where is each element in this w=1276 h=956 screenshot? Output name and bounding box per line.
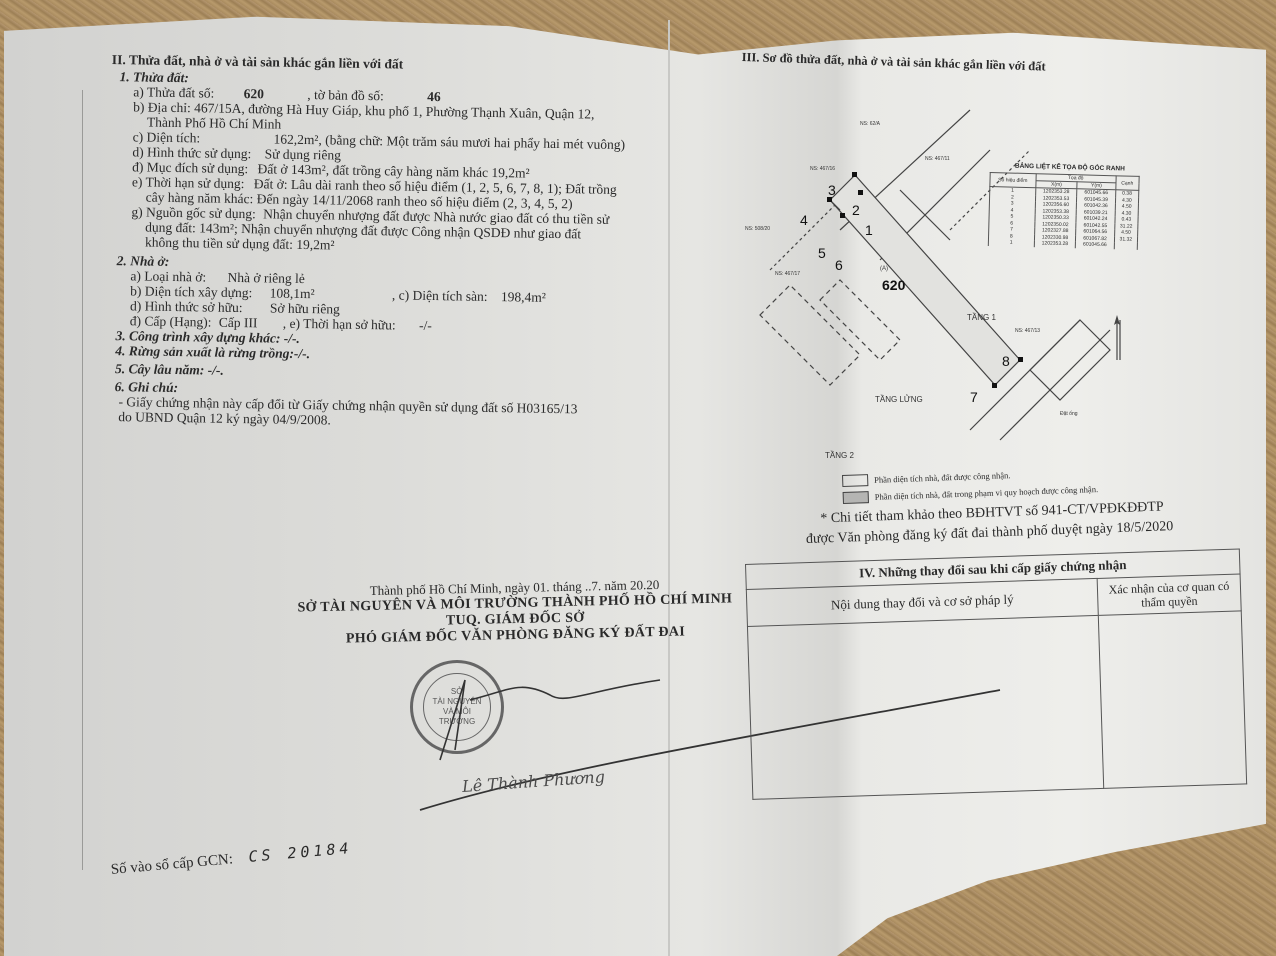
house-type-value: Nhà ở riêng lẻ	[227, 270, 304, 286]
point-6: 6	[835, 257, 843, 273]
boundary-coordinate-table: BẢNG LIỆT KÊ TỌA ĐỘ GÓC RANH Số hiệu điể…	[988, 162, 1150, 250]
use-form-value: Sử dụng riêng	[265, 146, 342, 162]
build-area-value: 108,1m²	[270, 286, 315, 302]
address-label: b) Địa chỉ:	[133, 99, 191, 115]
legend-swatch-empty	[842, 474, 868, 487]
point-5: 5	[818, 245, 826, 261]
grade-value: Cấp III	[219, 315, 258, 331]
margin-line	[82, 90, 83, 870]
label-pipe: Đặt ống	[1060, 411, 1078, 417]
col-authority-confirmation: Xác nhận của cơ quan có thẩm quyền	[1097, 574, 1241, 615]
point-1: 1	[865, 222, 873, 238]
label-area-a: (A)	[880, 266, 888, 272]
label-ns-467-16: NS: 467/16	[810, 166, 835, 172]
point-3: 3	[828, 182, 836, 198]
label-floor1: TẦNG 1	[967, 312, 996, 322]
label-mezzanine: TẦNG LỬNG	[875, 394, 923, 404]
label-ns-467-17: NS: 467/17	[775, 271, 800, 277]
coord-table: Số hiệu điểm Tọa độ Cạnh X(m) Y(m) 11202…	[988, 172, 1140, 249]
point-8: 8	[1002, 353, 1010, 369]
parcel-label: a) Thửa đất số:	[133, 84, 214, 100]
label-ns-508-20: NS: 508/20	[745, 226, 770, 232]
label-floor2: TẦNG 2	[825, 450, 854, 460]
coord-cell-edge	[1114, 242, 1138, 249]
floor-area-value: 198,4m²	[501, 289, 546, 305]
change-content-cell	[747, 615, 1103, 799]
confirmation-cell	[1098, 611, 1246, 788]
label-ns-467-11: NS: 467/11	[925, 156, 950, 162]
label-ns-62a: NS: 62/A	[860, 121, 881, 127]
section-4-changes: IV. Những thay đổi sau khi cấp giấy chứn…	[745, 548, 1247, 799]
house-type-label: a) Loại nhà ở:	[130, 268, 206, 284]
grade-label: đ) Cấp (Hạng):	[130, 313, 212, 329]
map-sheet-number: 46	[427, 89, 441, 104]
col-point: Số hiệu điểm	[990, 173, 1036, 188]
term-label: e) Thời hạn sử dụng:	[132, 174, 245, 191]
parcel-number: 620	[244, 86, 264, 101]
own-term-value: -/-	[419, 318, 432, 333]
changes-table: IV. Những thay đổi sau khi cấp giấy chứn…	[745, 548, 1247, 799]
legend-swatch-filled	[843, 491, 869, 504]
coord-cell-x: 1202353.28	[1034, 240, 1076, 248]
map-sheet-label: , tờ bản đồ số:	[307, 87, 384, 103]
area-label: c) Diện tích:	[133, 129, 201, 145]
point-4: 4	[800, 212, 808, 228]
ownership-label: d) Hình thức sở hữu:	[130, 298, 243, 315]
parcel-number-label: 620	[882, 277, 906, 293]
coord-cell-pt: 1	[988, 239, 1034, 247]
point-2: 2	[852, 202, 860, 218]
section-2-land-house: II. Thửa đất, nhà ở và tài sản khác gắn …	[106, 52, 672, 433]
legend-text-planning: Phần diện tích nhà, đất trong phạm vi qu…	[875, 484, 1099, 502]
coord-cell-y: 601045.66	[1076, 241, 1114, 248]
own-term-label: , e) Thời hạn sở hữu:	[283, 316, 396, 333]
parcel-diagram: 3 2 1 4 5 6 7 8 620 TẦNG 1 TẦNG LỬNG TẦN…	[740, 70, 1140, 470]
signature-block: Thành phố Hồ Chí Minh, ngày 01. tháng ..…	[279, 575, 750, 649]
ownership-value: Sở hữu riêng	[270, 301, 340, 317]
north-arrow-icon	[1110, 315, 1124, 360]
label-ns-467-13: NS: 467/13	[1015, 328, 1040, 334]
legend-text-recognized: Phần diện tích nhà, đất được công nhận.	[874, 470, 1011, 485]
point-7: 7	[970, 389, 978, 405]
floor-area-label: , c) Diện tích sàn:	[392, 287, 488, 303]
col-edge: Cạnh	[1115, 176, 1139, 191]
